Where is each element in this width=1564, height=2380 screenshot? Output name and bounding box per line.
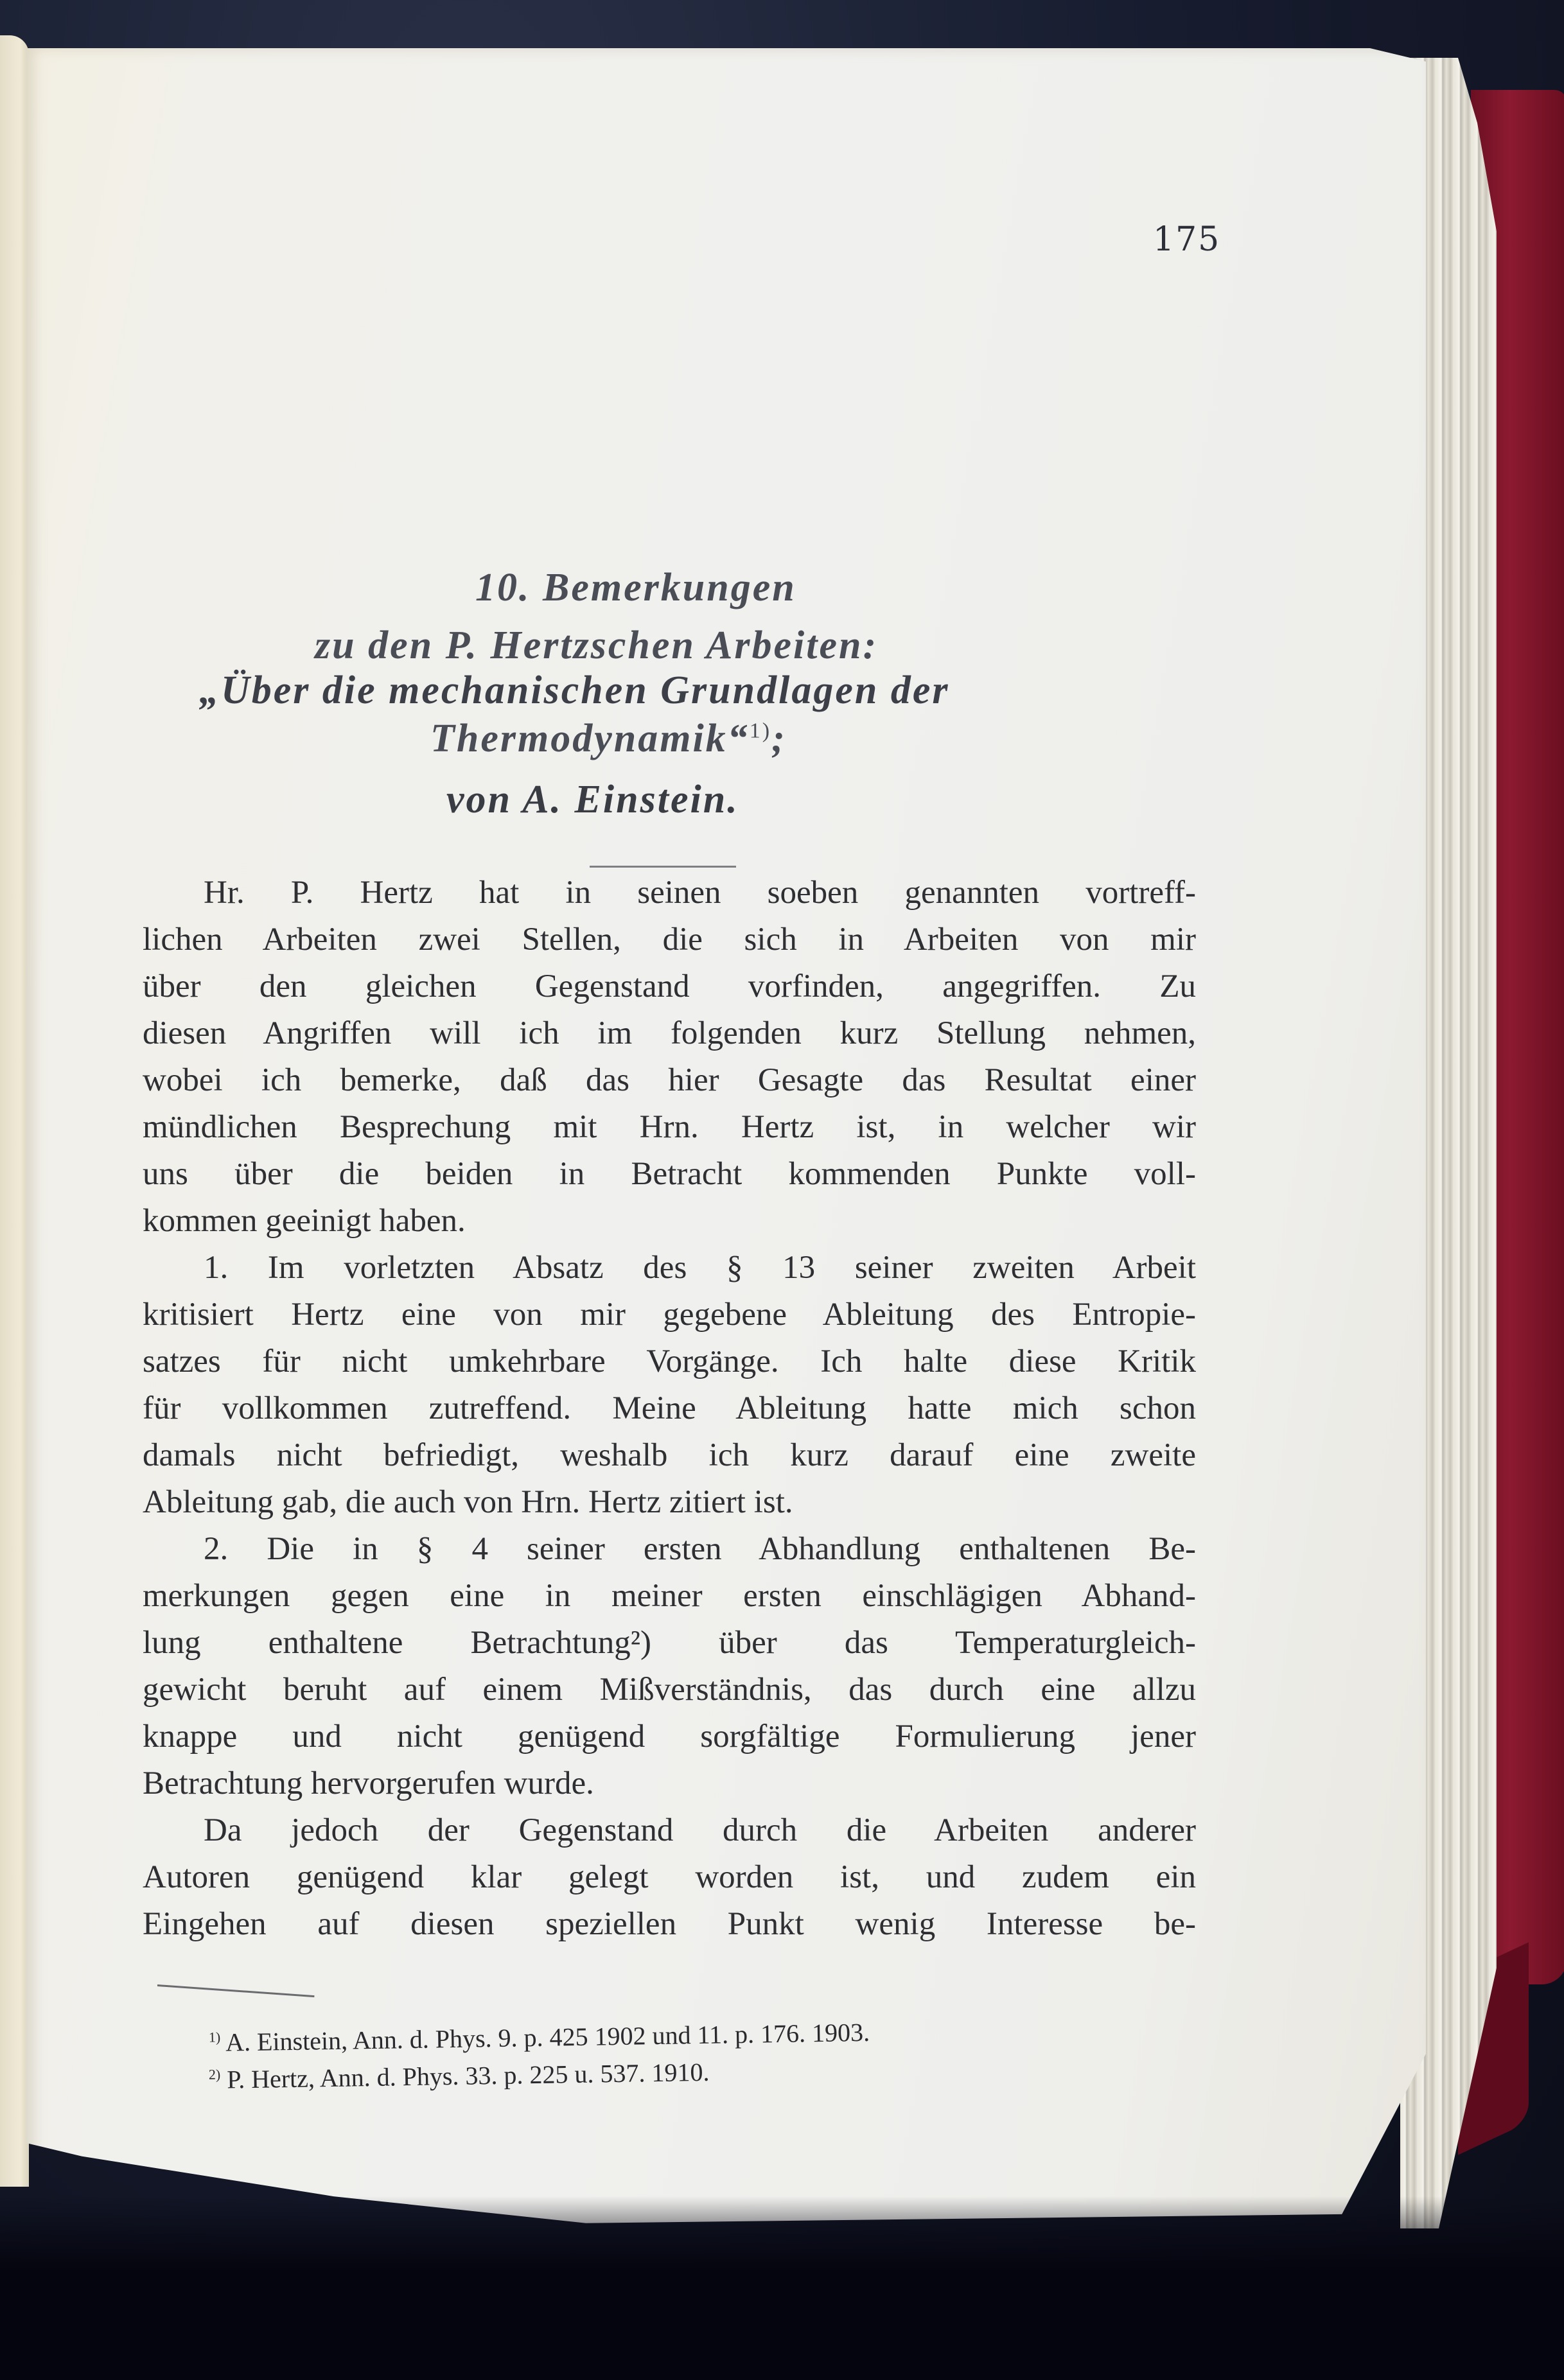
footnote-2: 2) P. Hertz, Ann. d. Phys. 33. p. 225 u.… xyxy=(209,2057,710,2095)
body-line: 1. Im vorletzten Absatz des § 13 seiner … xyxy=(143,1248,1196,1287)
footnote-mark: 2) xyxy=(209,2066,221,2082)
body-line: mündlichen Besprechung mit Hrn. Hertz is… xyxy=(143,1108,1196,1146)
byline: von A. Einstein. xyxy=(446,777,739,823)
title-text: Bemerkungen xyxy=(543,566,796,609)
footnote-separator-rule xyxy=(157,1984,315,1997)
body-line: Autoren genügend klar gelegt worden ist,… xyxy=(143,1858,1196,1896)
article-number: 10. xyxy=(475,566,531,609)
left-page-edge xyxy=(0,35,29,2187)
body-line: satzes für nicht umkehrbare Vorgänge. Ic… xyxy=(143,1342,1196,1381)
title-end: ; xyxy=(771,717,787,760)
footnote-1: 1) A. Einstein, Ann. d. Phys. 9. p. 425 … xyxy=(209,2017,870,2058)
body-line: für vollkommen zutreffend. Meine Ableitu… xyxy=(143,1389,1196,1428)
body-line: kritisiert Hertz eine von mir gegebene A… xyxy=(143,1295,1196,1334)
title-text: Thermodynamik“ xyxy=(430,717,750,760)
body-line: lichen Arbeiten zwei Stellen, die sich i… xyxy=(143,920,1196,959)
title-separator-rule xyxy=(590,866,736,868)
body-line: knappe und nicht genügend sorgfältige Fo… xyxy=(143,1717,1196,1756)
body-line: Betrachtung hervorgerufen wurde. xyxy=(143,1764,1196,1803)
body-line: Hr. P. Hertz hat in seinen soeben genann… xyxy=(143,873,1196,912)
body-line: wobei ich bemerke, daß das hier Gesagte … xyxy=(143,1061,1196,1099)
footnote-text: A. Einstein, Ann. d. Phys. 9. p. 425 190… xyxy=(225,2018,870,2057)
body-line: uns über die beiden in Betracht kommende… xyxy=(143,1155,1196,1193)
footnote-ref: 1) xyxy=(750,719,771,742)
photo-scene: 175 10. Bemerkungen zu den P. Hertzschen… xyxy=(0,0,1564,2380)
body-line: Eingehen auf diesen speziellen Punkt wen… xyxy=(143,1905,1196,1943)
body-line: 2. Die in § 4 seiner ersten Abhandlung e… xyxy=(143,1530,1196,1568)
body-line: merkungen gegen eine in meiner ersten ei… xyxy=(143,1577,1196,1615)
footnote-text: P. Hertz, Ann. d. Phys. 33. p. 225 u. 53… xyxy=(227,2058,710,2094)
body-line: Ableitung gab, die auch von Hrn. Hertz z… xyxy=(143,1483,1196,1521)
body-line: gewicht beruht auf einem Mißverständnis,… xyxy=(143,1670,1196,1709)
book-page: 175 10. Bemerkungen zu den P. Hertzschen… xyxy=(26,48,1426,2277)
footnote-mark: 1) xyxy=(209,2029,221,2045)
body-line: lung enthaltene Betrachtung²) über das T… xyxy=(143,1623,1196,1662)
article-title-line-2: zu den P. Hertzschen Arbeiten: xyxy=(315,623,878,669)
body-line: Da jedoch der Gegenstand durch die Arbei… xyxy=(143,1811,1196,1850)
body-line: über den gleichen Gegenstand vorfinden, … xyxy=(143,967,1196,1006)
page-number: 175 xyxy=(1153,220,1220,259)
article-title-line-4: Thermodynamik“1); xyxy=(430,716,787,762)
body-line: diesen Angriffen will ich im folgenden k… xyxy=(143,1014,1196,1053)
body-line: damals nicht befriedigt, weshalb ich kur… xyxy=(143,1436,1196,1474)
article-title-line-1: 10. Bemerkungen xyxy=(475,565,796,611)
body-line: kommen geeinigt haben. xyxy=(143,1202,1196,1240)
article-title-line-3: „Über die mechanischen Grundlagen der xyxy=(199,668,949,713)
dark-background-bottom xyxy=(0,2196,1564,2380)
